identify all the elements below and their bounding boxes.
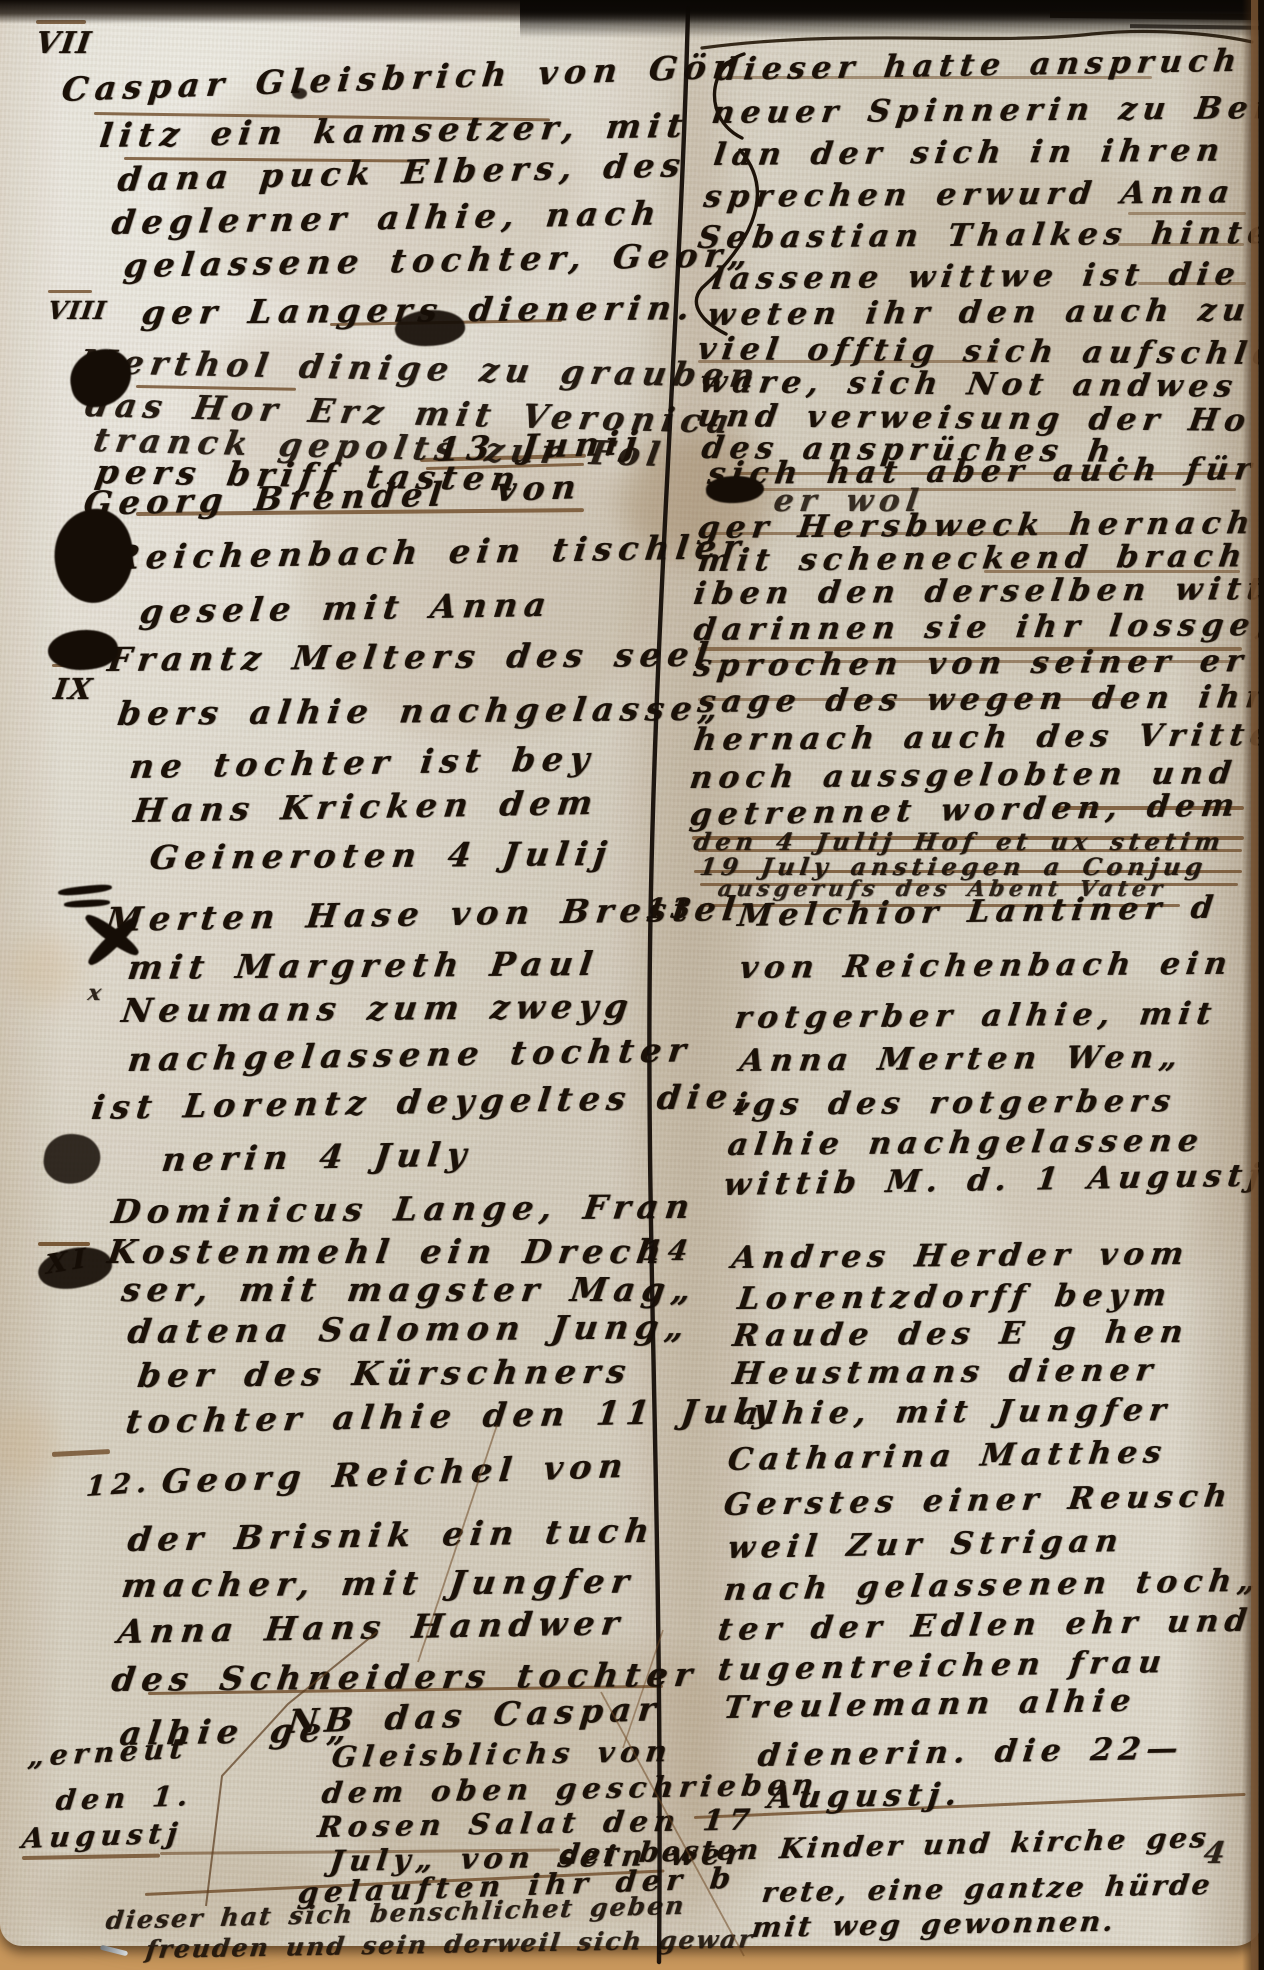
register-page-paper: Photograph of a 17th-century handwritten…	[0, 0, 1264, 1946]
entry-number: 13	[644, 892, 699, 925]
margin-numeral: VII	[34, 26, 95, 61]
manuscript-line: ne tochter ist bey	[128, 739, 598, 786]
book-top-edge-shadow-right	[520, 0, 1264, 38]
paper-stain	[10, 935, 80, 1005]
manuscript-line: Georg Reichel von	[160, 1446, 631, 1501]
ink-underline	[52, 1449, 110, 1457]
manuscript-line: gesele mit Anna	[138, 585, 555, 631]
manuscript-line: dienerin. die 22—	[756, 1731, 1186, 1774]
manuscript-line: den 1.	[54, 1779, 195, 1817]
manuscript-line: Anna Merten Wen„	[738, 1039, 1186, 1079]
manuscript-line: Geineroten 4 Julij	[147, 834, 615, 877]
ink-blot	[58, 883, 113, 897]
manuscript-line: deglerner alhie, nach	[110, 193, 665, 242]
manuscript-line: mit weg gewonnen.	[750, 1905, 1118, 1944]
manuscript-line: Gleisblichs von	[330, 1734, 675, 1774]
manuscript-line: alhie, mit Jungfer	[736, 1392, 1174, 1432]
manuscript-line: ter der Edlen ehr und	[716, 1603, 1255, 1648]
ink-blot	[64, 899, 110, 908]
manuscript-line: ber des Kürschners	[135, 1352, 634, 1395]
manuscript-line: sprochen von seiner er	[692, 643, 1251, 684]
ink-blot	[34, 1240, 115, 1297]
manuscript-line: dieser hatte anspruch von	[714, 41, 1264, 88]
binding-pin	[100, 1945, 128, 1957]
manuscript-line: 13 Junij	[435, 423, 646, 469]
manuscript-line: weten ihr den auch zu	[706, 292, 1254, 333]
manuscript-line: sprechen erwurd Anna	[702, 174, 1238, 215]
manuscript-line: von Reichenbach ein	[738, 946, 1236, 986]
manuscript-line: Heustmans diener	[731, 1352, 1161, 1392]
manuscript-line: Sebastian Thalkes hinter	[696, 215, 1264, 256]
ink-blot	[292, 88, 307, 99]
manuscript-line: Georg Brendel	[82, 475, 451, 523]
book-fore-edge-dark	[1259, 0, 1264, 1970]
manuscript-line: weil Zur Strigan	[726, 1523, 1126, 1566]
margin-numeral: VIII	[46, 296, 109, 325]
manuscript-line: hernach auch des Vritten	[692, 717, 1264, 758]
margin-numeral: IX	[52, 672, 96, 706]
manuscript-line: nachgelassene tochter	[126, 1030, 695, 1079]
manuscript-line: lan der sich in ihren	[712, 133, 1228, 173]
margin-numeral: 12.	[85, 1465, 153, 1502]
ink-underline	[48, 290, 92, 293]
manuscript-line: Lorentzdorff beym	[736, 1277, 1175, 1317]
manuscript-line: von	[495, 467, 584, 509]
manuscript-line: darinnen sie ihr lossge„	[692, 607, 1264, 648]
manuscript-line: Frantz Melters des seel	[105, 635, 717, 679]
entry-number: 14	[641, 1234, 696, 1267]
manuscript-line: Andres Herder vom	[730, 1236, 1192, 1276]
ink-blot	[705, 475, 764, 505]
manuscript-line: wittib M. d. 1 Augustj	[722, 1158, 1264, 1203]
ink-underline	[22, 1854, 160, 1860]
photograph-of-register-page: { "document": { "description": "Photogra…	[0, 0, 1264, 1970]
manuscript-line: igs des rotgerbers	[733, 1083, 1179, 1123]
manuscript-line: Raude des E g hen	[731, 1314, 1192, 1354]
manuscript-line: nerin 4 July	[160, 1135, 475, 1179]
manuscript-line: Caspar Gleisbrich von Gör	[60, 47, 739, 109]
manuscript-line: rete, eine gantze hürde	[760, 1868, 1215, 1909]
manuscript-line: Gerstes einer Reusch	[722, 1478, 1235, 1523]
manuscript-line: Kostenmehl ein Drech	[105, 1232, 670, 1271]
manuscript-line: mit Margreth Paul	[125, 944, 601, 987]
manuscript-line: Treulemann alhie	[722, 1683, 1139, 1726]
manuscript-line: Hans Kricken dem	[132, 783, 602, 830]
manuscript-line: nach gelassenen toch„	[722, 1563, 1264, 1608]
manuscript-line: bers alhie nachgelasse„	[115, 689, 726, 733]
manuscript-line: macher, mit Jungfer	[119, 1562, 637, 1605]
margin-numeral: x	[86, 980, 107, 1006]
manuscript-line: der Brisnik ein tuch	[126, 1511, 658, 1559]
manuscript-line: Augustj.	[766, 1777, 965, 1816]
manuscript-line: iben den derselben wittib	[692, 571, 1264, 612]
manuscript-line: „erneut	[27, 1732, 190, 1773]
manuscript-line: neuer Spinnerin zu Berg	[710, 90, 1264, 131]
paper-stain	[0, 1408, 60, 1483]
manuscript-line: dana puck Elbers, des	[116, 145, 689, 199]
manuscript-line: sage des wegen den ihr	[696, 679, 1264, 720]
book-fore-edge-pages	[1251, 0, 1258, 1970]
manuscript-line: datena Salomon Jung„	[125, 1307, 693, 1351]
manuscript-line: ser, mit magster Mag„	[119, 1270, 700, 1309]
manuscript-line: ist Lorentz deygeltes die„	[90, 1076, 762, 1127]
manuscript-line: Catharina Matthes	[726, 1434, 1170, 1478]
manuscript-line: tochter alhie den 11 July	[124, 1391, 782, 1441]
manuscript-line: gelassene tochter, Geor„	[122, 235, 757, 285]
manuscript-line: Neumans zum zweyg	[119, 987, 637, 1030]
manuscript-line: Melchior Lantiner d	[736, 890, 1221, 934]
manuscript-line: alhie nachgelassene	[726, 1123, 1207, 1163]
manuscript-line: Anna Hans Handwer	[116, 1603, 628, 1651]
manuscript-line: rotgerber alhie, mit	[733, 996, 1220, 1036]
manuscript-line: Reichenbach ein tischler	[110, 527, 750, 577]
manuscript-line: Augustj	[20, 1816, 184, 1855]
manuscript-line: lassene wittwe ist die	[710, 256, 1244, 297]
manuscript-line: tugentreichen frau	[716, 1644, 1170, 1688]
manuscript-line: Dominicus Lange, Fran	[109, 1187, 698, 1231]
ink-blot	[41, 1130, 103, 1187]
